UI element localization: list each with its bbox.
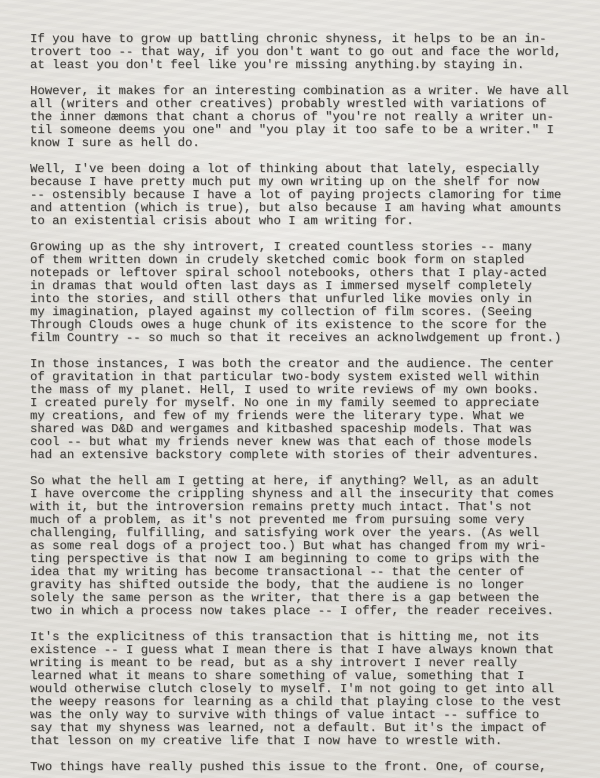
paragraph-growing-up-stories: Growing up as the shy introvert, I creat…	[30, 241, 580, 345]
paragraph-creator-and-audience: In those instances, I was both the creat…	[30, 358, 580, 462]
paragraph-two-things: Two things have really pushed this issue…	[30, 761, 580, 774]
paragraph-writer-combination: However, it makes for an interesting com…	[30, 85, 580, 150]
paragraph-getting-at-here: So what the hell am I getting at here, i…	[30, 475, 580, 618]
paragraph-thinking-lately: Well, I've been doing a lot of thinking …	[30, 163, 580, 228]
typewritten-page: If you have to grow up battling chronic …	[0, 0, 600, 778]
paragraph-explicitness: It's the explicitness of this transactio…	[30, 631, 580, 748]
paragraph-intro-shyness: If you have to grow up battling chronic …	[30, 33, 580, 72]
